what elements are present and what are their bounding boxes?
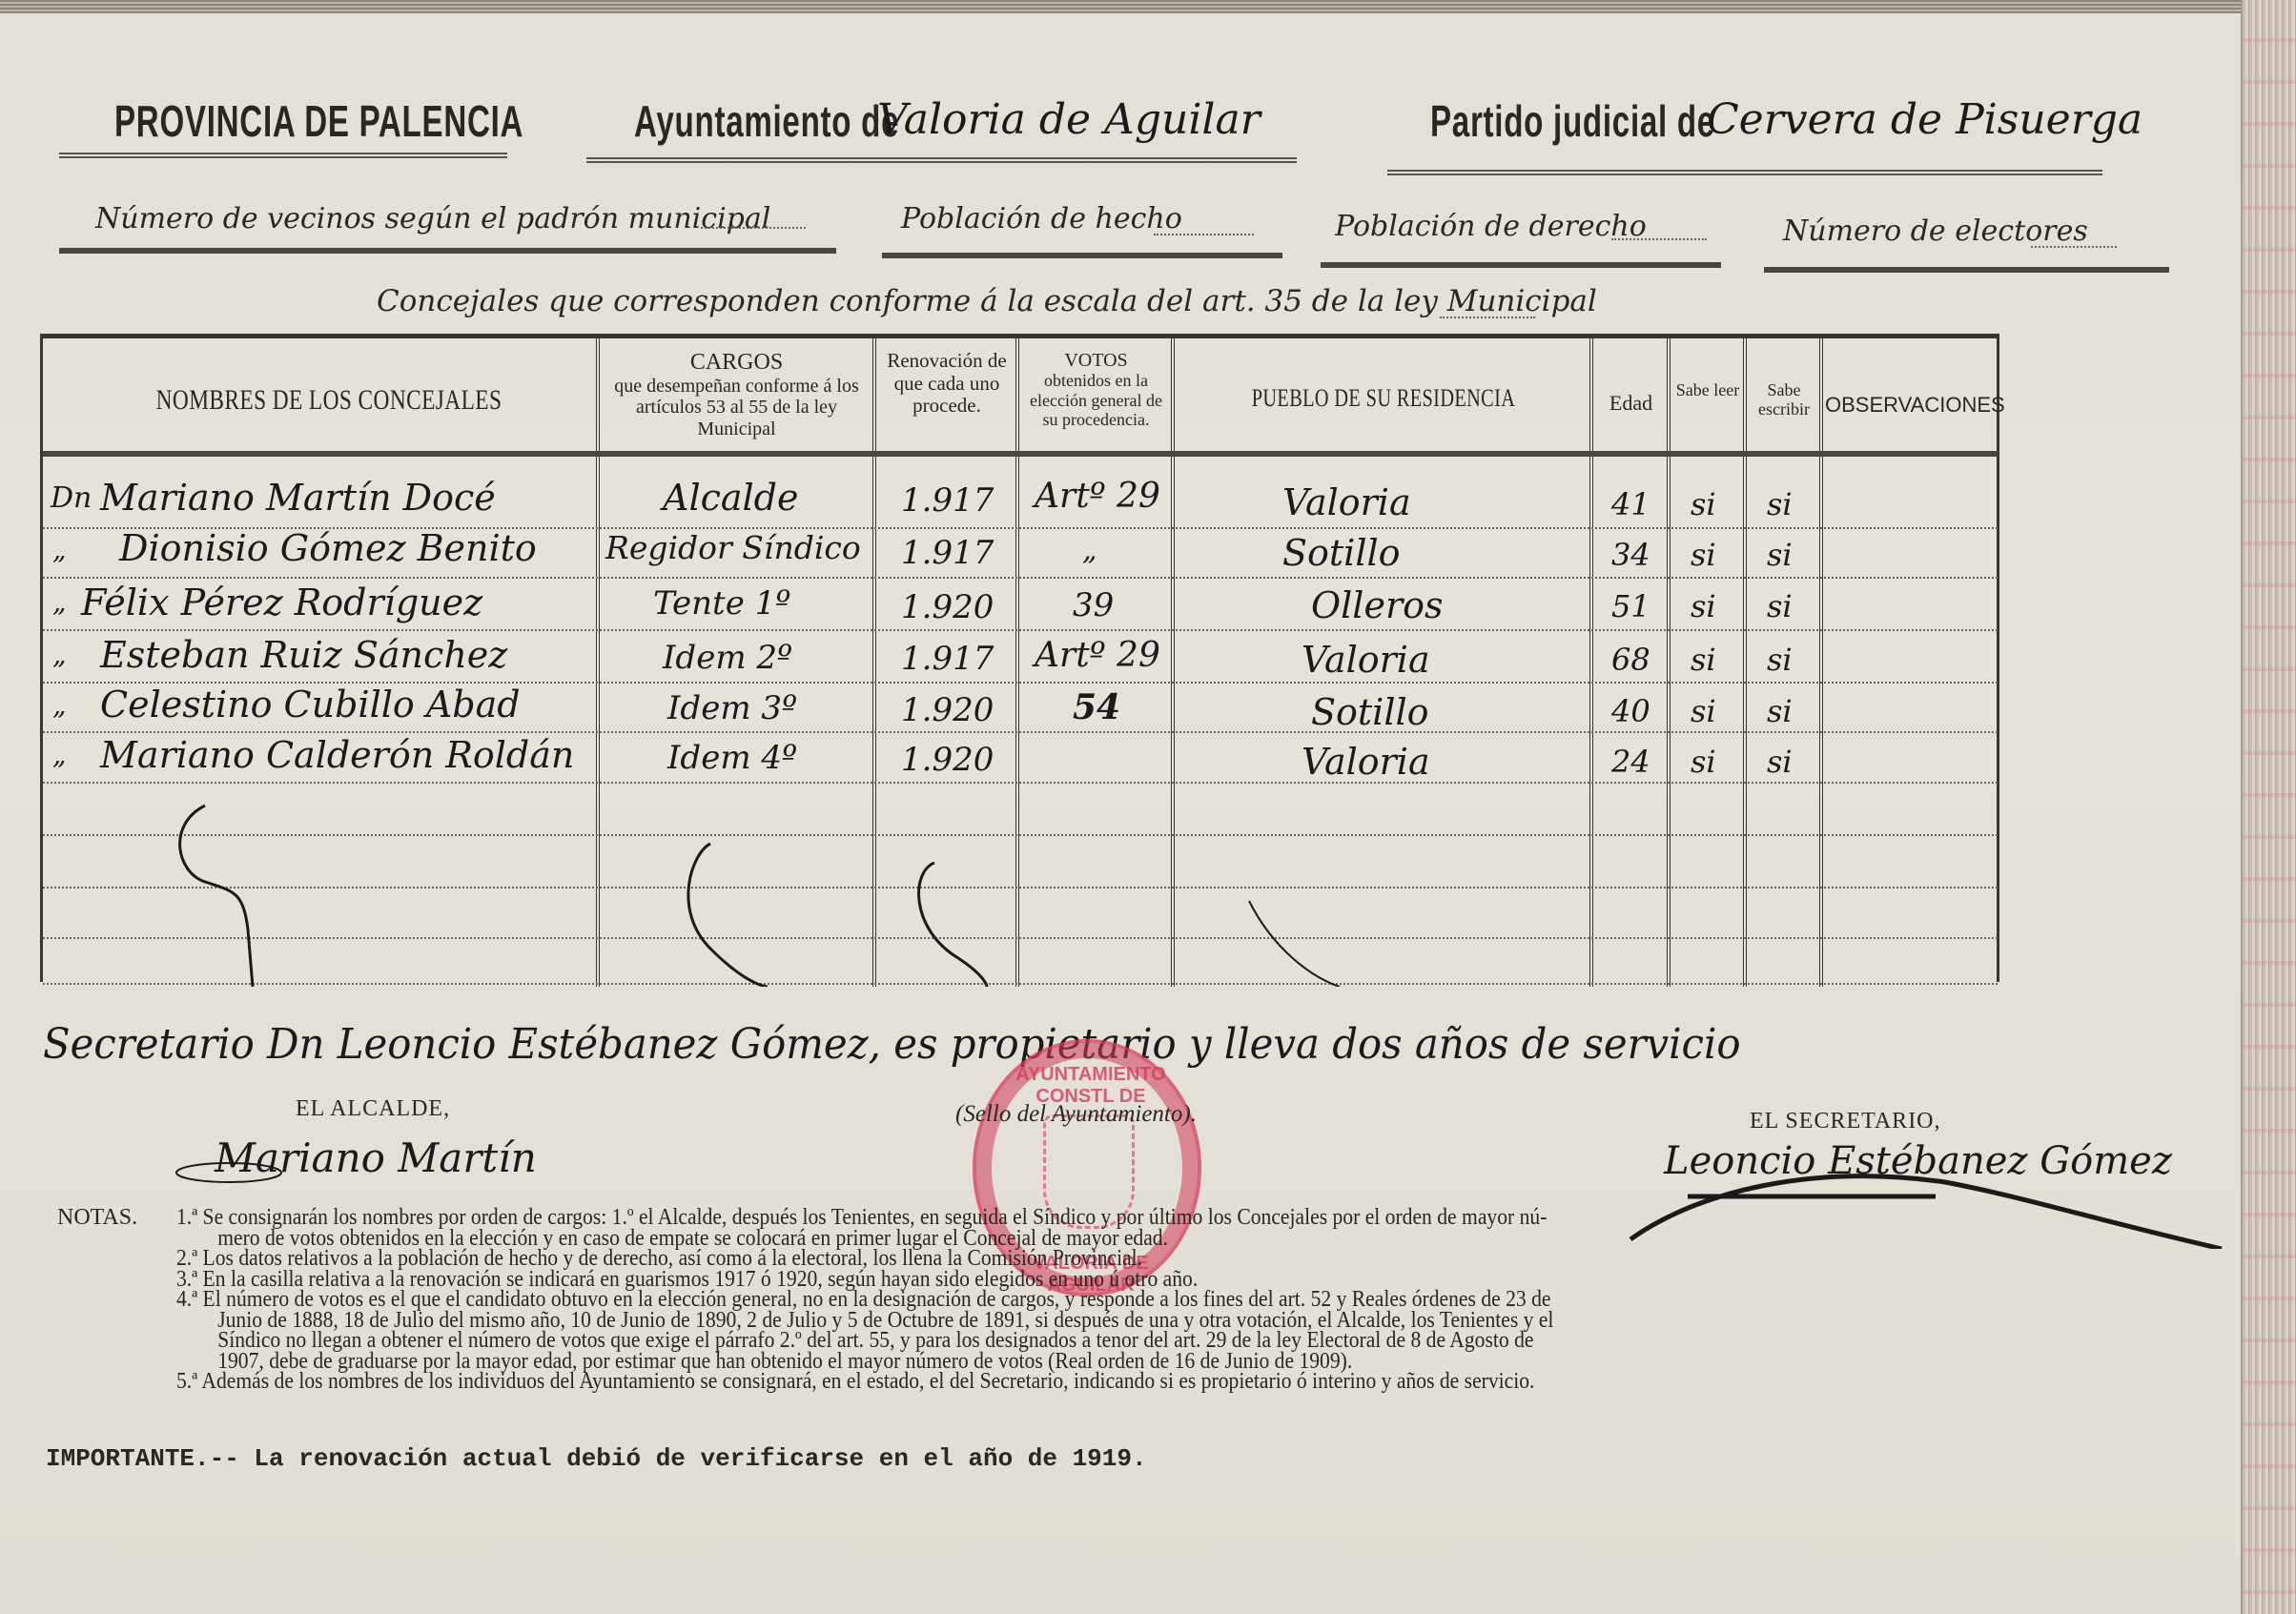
poblacion-derecho-rule — [1321, 262, 1721, 268]
row-edad: 41 — [1611, 486, 1650, 522]
alcalde-flourish — [172, 1158, 286, 1187]
row-leer: si — [1691, 744, 1716, 780]
row-nombre: Mariano Calderón Roldán — [100, 734, 574, 776]
row-prefix: „ — [52, 534, 67, 565]
row-escribir: si — [1767, 744, 1793, 780]
subtitle-dots — [1440, 317, 1535, 318]
row-renovacion: 1.917 — [901, 481, 994, 520]
row-cargo: Idem 2º — [663, 639, 792, 677]
row-escribir: si — [1767, 486, 1793, 522]
row-prefix: Dn — [51, 481, 92, 515]
row-edad: 51 — [1611, 588, 1650, 624]
poblacion-hecho-label: Población de hecho — [901, 202, 1182, 235]
row-nombre: Félix Pérez Rodríguez — [81, 582, 482, 623]
book-page-edges — [2241, 0, 2296, 1614]
row-pueblo: Olleros — [1311, 584, 1444, 626]
poblacion-derecho-field — [1611, 238, 1707, 240]
row-edad: 24 — [1611, 744, 1650, 780]
row-pueblo: Sotillo — [1311, 691, 1429, 733]
alcalde-label: EL ALCALDE, — [296, 1096, 450, 1122]
row-escribir: si — [1767, 537, 1793, 573]
header-cargos-title: CARGOS — [601, 350, 872, 376]
subtitle: Concejales que corresponden conforme á l… — [377, 284, 1597, 318]
column-divider — [1819, 338, 1823, 987]
provincia-rule — [59, 153, 507, 158]
important-note: IMPORTANTE.-- La renovación actual debió… — [46, 1444, 1147, 1473]
notes-block: NOTAS. 1.ª Se consignarán los nombres po… — [57, 1206, 2174, 1391]
row-nombre: Celestino Cubillo Abad — [100, 684, 521, 725]
poblacion-derecho-label: Población de derecho — [1335, 210, 1647, 243]
row-leer: si — [1691, 537, 1716, 573]
row-cargo: Tente 1º — [653, 584, 790, 623]
partido-label: Partido judicial de — [1430, 95, 1715, 147]
note-line: 5.ª Además de los nombres de los individ… — [176, 1370, 1975, 1391]
row-cargo: Alcalde — [663, 477, 799, 519]
poblacion-hecho-field — [1154, 234, 1254, 235]
header-votos-sub: obtenidos en la elección general de su p… — [1021, 371, 1171, 428]
note-line: Junio de 1888, 18 de Julio del mismo año… — [176, 1309, 1975, 1330]
row-renovacion: 1.917 — [901, 640, 994, 678]
ayuntamiento-label: Ayuntamiento de — [634, 95, 899, 147]
row-leer: si — [1691, 588, 1716, 624]
concejales-table: NOMBRES DE LOS CONCEJALES CARGOS que des… — [40, 334, 1999, 982]
note-line: 3.ª En la casilla relativa a la renovaci… — [176, 1268, 1975, 1289]
header-sabe-leer: Sabe leer — [1672, 380, 1743, 399]
sello-label: (Sello del Ayuntamiento). — [955, 1101, 1197, 1128]
poblacion-hecho-rule — [882, 253, 1282, 258]
header-sabe-escribir: Sabe escribir — [1749, 380, 1819, 419]
row-pueblo: Valoria — [1302, 639, 1430, 681]
electores-field — [2031, 246, 2117, 248]
column-divider — [1743, 338, 1747, 987]
row-cargo: Idem 4º — [667, 739, 797, 777]
row-nombre: Esteban Ruiz Sánchez — [100, 634, 507, 676]
document-page: PROVINCIA DE PALENCIA Ayuntamiento de Va… — [0, 0, 2241, 1614]
header-votos: VOTOS obtenidos en la elección general d… — [1021, 350, 1171, 429]
ayuntamiento-rule — [586, 157, 1297, 163]
row-renovacion: 1.920 — [901, 741, 994, 779]
note-line: 4.ª El número de votos es el que el cand… — [176, 1288, 1975, 1309]
row-nombre: Mariano Martín Docé — [100, 477, 496, 519]
row-pueblo: Valoria — [1282, 481, 1411, 523]
provincia-heading: PROVINCIA DE PALENCIA — [114, 95, 523, 147]
header-observaciones: OBSERVACIONES — [1825, 394, 1997, 418]
row-votos: 54 — [1073, 687, 1120, 727]
row-edad: 68 — [1611, 642, 1650, 678]
row-renovacion: 1.917 — [901, 534, 994, 572]
row-prefix: „ — [52, 739, 67, 770]
header-edad: Edad — [1595, 392, 1667, 416]
row-nombre: Dionisio Gómez Benito — [119, 527, 537, 569]
vecinos-rule — [59, 248, 836, 254]
note-line: 1907, debe de graduarse por la mayor eda… — [176, 1350, 1975, 1371]
row-rule — [43, 629, 1998, 631]
header-renovacion: Renovación de que cada uno procede. — [878, 350, 1015, 418]
row-escribir: si — [1767, 693, 1793, 729]
row-escribir: si — [1767, 642, 1793, 678]
row-pueblo: Sotillo — [1282, 532, 1401, 574]
row-prefix: „ — [52, 639, 67, 670]
row-cargo: Regidor Síndico — [605, 529, 861, 566]
secretario-line: Secretario Dn Leoncio Estébanez Gómez, e… — [43, 1020, 1740, 1069]
row-rule — [43, 782, 1998, 784]
row-prefix: „ — [52, 689, 67, 721]
row-rule — [43, 577, 1998, 579]
note-line: Síndico no llegan a obtener el número de… — [176, 1329, 1975, 1350]
partido-value: Cervera de Pisuerga — [1707, 95, 2142, 144]
column-divider — [1667, 338, 1671, 987]
cancel-flourish-strokes — [43, 787, 1378, 987]
vecinos-label: Número de vecinos según el padrón munici… — [95, 202, 770, 235]
header-pueblo: PUEBLO DE SU RESIDENCIA — [1223, 384, 1545, 412]
electores-rule — [1764, 267, 2169, 273]
row-votos: „ — [1082, 534, 1097, 567]
header-cargos: CARGOS que desempeñan conforme á los art… — [601, 350, 872, 439]
note-line: 2.ª Los datos relativos a la población d… — [176, 1247, 1975, 1268]
row-votos: Artº 29 — [1035, 636, 1160, 675]
header-separator — [43, 451, 1998, 457]
row-votos: Artº 29 — [1035, 477, 1160, 516]
row-cargo: Idem 3º — [667, 689, 797, 727]
row-edad: 40 — [1611, 693, 1650, 729]
vecinos-field — [701, 227, 806, 229]
note-line: mero de votos obtenidos en la elección y… — [176, 1227, 1975, 1248]
row-escribir: si — [1767, 588, 1793, 624]
row-votos: 39 — [1073, 586, 1114, 624]
notes-label: NOTAS. — [57, 1206, 137, 1229]
secretario-label: EL SECRETARIO, — [1750, 1109, 1941, 1134]
partido-rule — [1387, 170, 2102, 175]
electores-label: Número de electores — [1783, 215, 2088, 248]
header-cargos-sub: que desempeñan conforme á los artículos … — [601, 376, 872, 439]
note-line: 1.ª Se consignarán los nombres por orden… — [176, 1206, 1975, 1227]
column-divider — [1589, 338, 1593, 987]
row-leer: si — [1691, 693, 1716, 729]
row-leer: si — [1691, 642, 1716, 678]
row-leer: si — [1691, 486, 1716, 522]
row-renovacion: 1.920 — [901, 588, 994, 626]
row-pueblo: Valoria — [1302, 741, 1430, 783]
row-prefix: „ — [52, 586, 67, 618]
row-renovacion: 1.920 — [901, 691, 994, 729]
page-top-edge — [0, 0, 2296, 13]
ayuntamiento-value: Valoria de Aguilar — [877, 95, 1261, 144]
header-nombres: NOMBRES DE LOS CONCEJALES — [121, 384, 538, 417]
row-rule — [43, 731, 1998, 733]
row-edad: 34 — [1611, 537, 1650, 573]
header-votos-title: VOTOS — [1021, 350, 1171, 371]
